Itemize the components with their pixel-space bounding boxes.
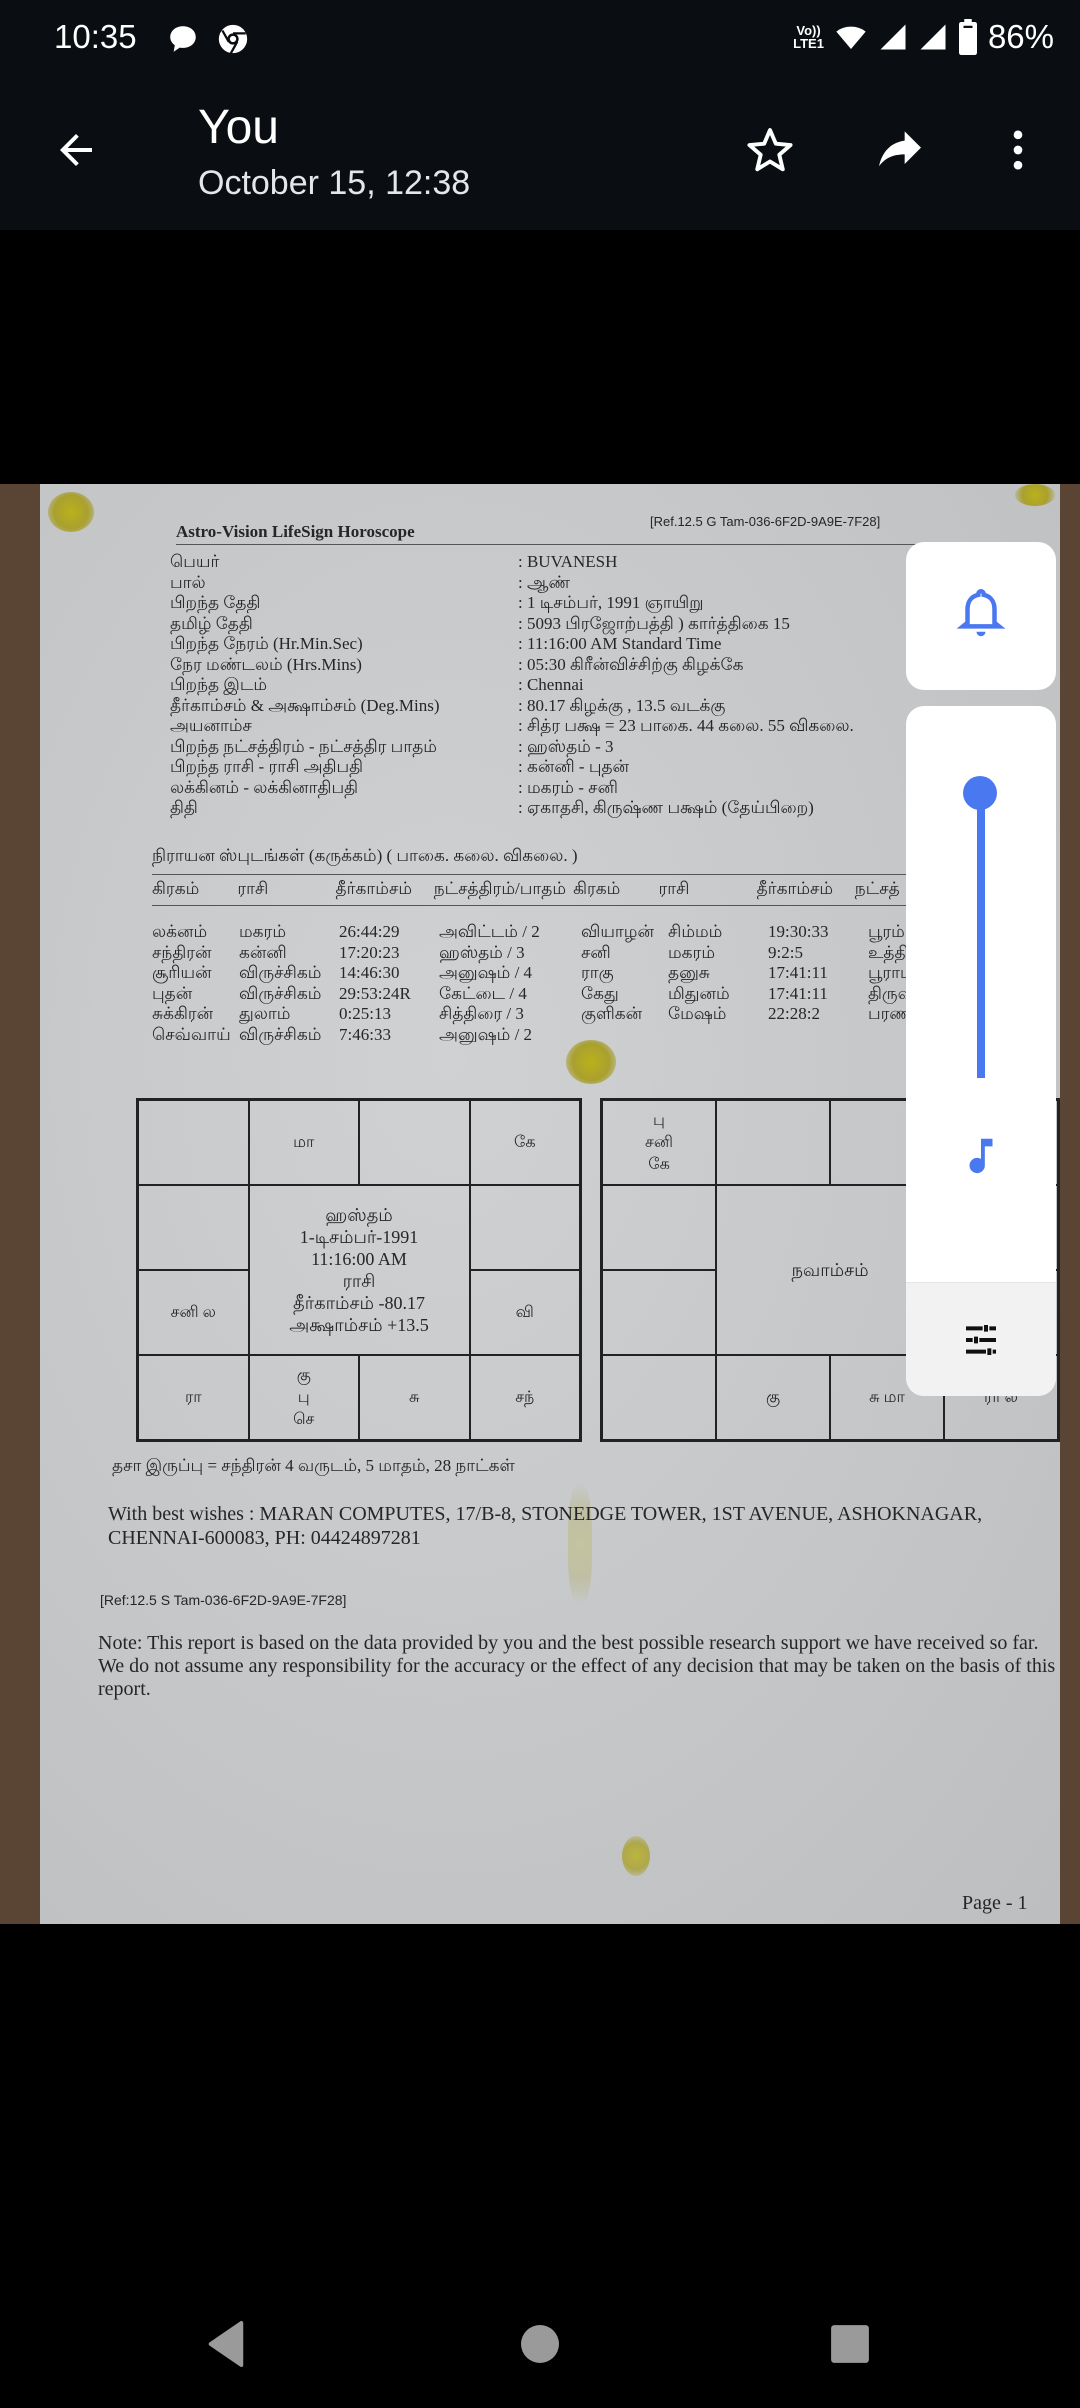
profile-value: : 1 டிசம்பர், 1991 ஞாயிறு — [518, 593, 854, 614]
message-icon — [166, 22, 200, 56]
chart-house — [470, 1185, 581, 1270]
planet-cell: விருச்சிகம் — [239, 1025, 339, 1046]
profile-label: தமிழ் தேதி — [170, 614, 439, 635]
chart-text: ஹஸ்தம் — [325, 1204, 393, 1226]
divider — [176, 544, 1006, 545]
chart-house — [138, 1185, 249, 1270]
planet-cell: விருச்சிகம் — [239, 963, 339, 984]
planet-table-header-cell: கிரகம் — [573, 879, 658, 901]
chart-house: சனி ல — [138, 1270, 249, 1355]
planet-cell: சூரியன் — [152, 963, 239, 984]
planet-table-header-cell: தீர்காம்சம் — [336, 879, 434, 901]
profile-label: அயனாம்ச — [170, 716, 439, 737]
planet-cell: தனுசு — [668, 963, 768, 984]
planet-cell: சுக்கிரன் — [152, 1004, 239, 1025]
planet-column-degree: 26:44:2917:20:2314:46:3029:53:24R0:25:13… — [339, 922, 439, 1045]
chart-house: மா — [249, 1100, 360, 1185]
planet-cell: குளிகன் — [581, 1004, 668, 1025]
planet-table-header: கிரகம்ராசிதீர்காம்சம்நட்சத்திரம்/பாதம்கி… — [152, 874, 1002, 906]
chrome-icon — [216, 22, 250, 56]
profile-label: பால் — [170, 573, 439, 594]
stream-type — [906, 1124, 1056, 1188]
chart-text: கே — [514, 1132, 536, 1154]
chart-text: கே — [648, 1154, 670, 1176]
profile-value: : Chennai — [518, 675, 854, 696]
planet-cell: மேஷம் — [668, 1004, 768, 1025]
more-options-button[interactable] — [986, 118, 1050, 182]
planet-cell: 19:30:33 — [768, 922, 868, 943]
chart-text: செ — [293, 1409, 314, 1431]
navigation-bar — [0, 2280, 1080, 2408]
planet-cell: மிதுனம் — [668, 984, 768, 1005]
app-bar: You October 15, 12:38 — [0, 78, 1080, 230]
planet-section-title: நிராயன ஸ்புடங்கள் (கருக்கம்) ( பாகை. கலை… — [152, 846, 578, 868]
profile-label: திதி — [170, 798, 439, 819]
planet-cell: 29:53:24R — [339, 984, 439, 1005]
profile-labels: பெயர்பால்பிறந்த தேதிதமிழ் தேதிபிறந்த நேர… — [170, 552, 439, 819]
chart-house — [716, 1100, 830, 1185]
wishes-text: With best wishes : MARAN COMPUTES, 17/B-… — [108, 1502, 1008, 1550]
star-button[interactable] — [738, 118, 802, 182]
planet-column-planet: லக்னம்சந்திரன்சூரியன்புதன்சுக்கிரன்செவ்வ… — [152, 922, 239, 1045]
chart-text: ரா — [185, 1387, 202, 1409]
chart-text: கு — [766, 1387, 780, 1409]
nav-home-button[interactable] — [500, 2304, 580, 2384]
volume-slider-track[interactable] — [977, 788, 985, 1078]
sliders-icon — [961, 1320, 1001, 1360]
doc-ref: [Ref.12.5 G Tam-036-6F2D-9A9E-7F28] — [650, 514, 880, 529]
status-bar: 10:35 Vo)) LTE1 86% — [0, 0, 1080, 78]
status-time: 10:35 — [54, 18, 137, 56]
chart-house: கே — [470, 1100, 581, 1185]
planet-cell: மகரம் — [668, 943, 768, 964]
profile-value: : 80.17 கிழக்கு , 13.5 வடக்கு — [518, 696, 854, 717]
profile-value: : மகரம் - சனி — [518, 778, 854, 799]
chart-house — [602, 1270, 716, 1355]
chart-text: கு — [297, 1365, 311, 1387]
planet-column-rasi: மகரம்கன்னிவிருச்சிகம்விருச்சிகம்துலாம்வி… — [239, 922, 339, 1045]
planet-column-degree: 19:30:339:2:517:41:1117:41:1122:28:2 — [768, 922, 868, 1045]
volume-slider-panel — [906, 706, 1056, 1396]
profile-value: : கன்னி - புதன் — [518, 757, 854, 778]
profile-value: : ஆண் — [518, 573, 854, 594]
chart-house: ரா — [138, 1355, 249, 1440]
planet-table-header-cell: ராசி — [658, 879, 756, 901]
nav-recents-icon — [829, 2323, 871, 2365]
planet-cell: 17:20:23 — [339, 943, 439, 964]
star-icon — [744, 124, 796, 176]
profile-label: பிறந்த ராசி - ராசி அதிபதி — [170, 757, 439, 778]
planet-table: கிரகம்ராசிதீர்காம்சம்நட்சத்திரம்/பாதம்கி… — [152, 874, 1010, 1045]
page-number: Page - 1 — [962, 1892, 1028, 1915]
planet-cell: சனி — [581, 943, 668, 964]
status-right: Vo)) LTE1 86% — [793, 18, 1054, 56]
nav-back-icon — [206, 2321, 246, 2367]
back-button[interactable] — [44, 118, 108, 182]
planet-table-header-cell: தீர்காம்சம் — [757, 879, 855, 901]
planet-cell: மகரம் — [239, 922, 339, 943]
chart-house: குபுசெ — [249, 1355, 360, 1440]
bell-icon — [954, 586, 1008, 646]
disclaimer-note: Note: This report is based on the data p… — [98, 1632, 1058, 1701]
profile-label: நேர மண்டலம் (Hrs.Mins) — [170, 655, 439, 676]
planet-table-left: லக்னம்சந்திரன்சூரியன்புதன்சுக்கிரன்செவ்வ… — [152, 922, 581, 1045]
profile-label: பெயர் — [170, 552, 439, 573]
planet-cell: அனுஷம் / 4 — [439, 963, 581, 984]
nav-back-button[interactable] — [186, 2304, 266, 2384]
planet-cell: ராகு — [581, 963, 668, 984]
planet-cell: செவ்வாய் — [152, 1025, 239, 1046]
planet-cell: புதன் — [152, 984, 239, 1005]
planet-cell: கேட்டை / 4 — [439, 984, 581, 1005]
network-type: Vo)) LTE1 — [793, 24, 824, 50]
planet-cell: 9:2:5 — [768, 943, 868, 964]
planet-cell: 0:25:13 — [339, 1004, 439, 1025]
planet-table-header-cell: ராசி — [237, 879, 335, 901]
sent-date: October 15, 12:38 — [198, 164, 470, 203]
chart-house — [602, 1355, 716, 1440]
nav-home-icon — [520, 2324, 560, 2364]
chart-text: அக்ஷாம்சம் +13.5 — [289, 1314, 429, 1336]
lte-label: LTE1 — [793, 37, 824, 50]
music-note-icon — [958, 1130, 1004, 1182]
chart-house: வி — [470, 1270, 581, 1355]
planet-cell: லக்னம் — [152, 922, 239, 943]
planet-cell: அனுஷம் / 2 — [439, 1025, 581, 1046]
sender-title: You — [198, 100, 279, 155]
planet-table-header-cell: நட்சத்திரம்/பாதம் — [434, 879, 573, 901]
profile-label: தீர்காம்சம் & அக்ஷாம்சம் (Deg.Mins) — [170, 696, 439, 717]
chart-text: சனி — [645, 1132, 673, 1154]
chart-text: வி — [516, 1302, 534, 1324]
profile-label: பிறந்த நட்சத்திரம் - நட்சத்திர பாதம் — [170, 737, 439, 758]
profile-value: : 5093 பிரஜோற்பத்தி ) கார்த்திகை 15 — [518, 614, 854, 635]
planet-cell: 17:41:11 — [768, 963, 868, 984]
profile-values: : BUVANESH: ஆண்: 1 டிசம்பர், 1991 ஞாயிறு… — [518, 552, 854, 819]
share-icon — [872, 122, 928, 178]
planet-cell: சித்திரை / 3 — [439, 1004, 581, 1025]
planet-column-rasi: சிம்மம்மகரம்தனுசுமிதுனம்மேஷம் — [668, 922, 768, 1045]
profile-label: லக்கினம் - லக்கினாதிபதி — [170, 778, 439, 799]
screen: 10:35 Vo)) LTE1 86% You October 15, 12:3… — [0, 0, 1080, 2408]
planet-cell: 22:28:2 — [768, 1004, 868, 1025]
planet-cell: துலாம் — [239, 1004, 339, 1025]
wifi-icon — [834, 21, 868, 53]
profile-label: பிறந்த தேதி — [170, 593, 439, 614]
chart-text: ராசி — [343, 1270, 376, 1292]
planet-cell: 7:46:33 — [339, 1025, 439, 1046]
chart-text: 11:16:00 AM — [311, 1248, 407, 1270]
profile-value: : 05:30 கிரீன்விச்சிற்கு கிழக்கே — [518, 655, 854, 676]
chart-text: சந் — [515, 1387, 534, 1409]
planet-cell: அவிட்டம் / 2 — [439, 922, 581, 943]
planet-cell: 26:44:29 — [339, 922, 439, 943]
planet-column-star: அவிட்டம் / 2ஹஸ்தம் / 3அனுஷம் / 4கேட்டை /… — [439, 922, 581, 1045]
profile-label: பிறந்த இடம் — [170, 675, 439, 696]
more-vert-icon — [992, 124, 1044, 176]
chart-text: சனி ல — [171, 1302, 216, 1324]
chart-house: கு — [716, 1355, 830, 1440]
chart-text: 1-டிசம்பர்-1991 — [300, 1226, 419, 1248]
chart-house: புசனிகே — [602, 1100, 716, 1185]
profile-label: பிறந்த நேரம் (Hr.Min.Sec) — [170, 634, 439, 655]
planet-table-body: லக்னம்சந்திரன்சூரியன்புதன்சுக்கிரன்செவ்வ… — [152, 922, 1010, 1045]
planet-cell: வியாழன் — [581, 922, 668, 943]
planet-cell: சிம்மம் — [668, 922, 768, 943]
battery-icon — [958, 19, 978, 55]
profile-value: : சித்ர பக்ஷ = 23 பாகை. 44 கலை. 55 விகலை… — [518, 716, 854, 737]
planet-table-header-cell: கிரகம் — [152, 879, 237, 901]
chart-text: தீர்காம்சம் -80.17 — [293, 1292, 425, 1314]
profile-value: : ஹஸ்தம் - 3 — [518, 737, 854, 758]
planet-cell: கேது — [581, 984, 668, 1005]
dasa-balance: தசா இருப்பு = சந்திரன் 4 வருடம், 5 மாதம்… — [112, 1456, 515, 1478]
chart-text: நவாம்சம் — [791, 1259, 868, 1281]
chart-text: சு — [409, 1387, 419, 1409]
chart-house: சு — [359, 1355, 470, 1440]
planet-cell: 14:46:30 — [339, 963, 439, 984]
chart-house — [138, 1100, 249, 1185]
signal-icon-2 — [918, 21, 948, 53]
volume-slider-thumb[interactable] — [963, 776, 997, 810]
planet-column-planet: வியாழன்சனிராகுகேதுகுளிகன் — [581, 922, 668, 1045]
chart-text: பு — [298, 1387, 310, 1409]
arrow-back-icon — [52, 126, 100, 174]
ringer-mode-button[interactable] — [906, 542, 1056, 690]
chart-text: சு மா — [869, 1387, 905, 1409]
planet-cell: கன்னி — [239, 943, 339, 964]
chart-text: பு — [653, 1110, 665, 1132]
planet-cell: விருச்சிகம் — [239, 984, 339, 1005]
chart-text: மா — [293, 1132, 314, 1154]
planet-cell: 17:41:11 — [768, 984, 868, 1005]
share-button[interactable] — [868, 118, 932, 182]
planet-cell: சந்திரன் — [152, 943, 239, 964]
chart-house — [602, 1185, 716, 1270]
profile-value: : 11:16:00 AM Standard Time — [518, 634, 854, 655]
ref-footer: [Ref:12.5 S Tam-036-6F2D-9A9E-7F28] — [100, 1592, 346, 1608]
nav-recents-button[interactable] — [810, 2304, 890, 2384]
profile-value: : BUVANESH — [518, 552, 854, 573]
signal-icon — [878, 21, 908, 53]
doc-title: Astro-Vision LifeSign Horoscope — [176, 522, 415, 542]
battery-percent: 86% — [988, 18, 1054, 56]
rasi-chart: மாகேசனி லவிராகுபுசெசுசந்ஹஸ்தம்1-டிசம்பர்… — [136, 1098, 582, 1442]
chart-house: சந் — [470, 1355, 581, 1440]
planet-cell: ஹஸ்தம் / 3 — [439, 943, 581, 964]
chart-house — [359, 1100, 470, 1185]
sound-settings-button[interactable] — [906, 1282, 1056, 1396]
chart-center: ஹஸ்தம்1-டிசம்பர்-199111:16:00 AMராசிதீர்… — [249, 1185, 470, 1355]
profile-value: : ஏகாதசி, கிருஷ்ண பக்ஷம் (தேய்பிறை) — [518, 798, 854, 819]
